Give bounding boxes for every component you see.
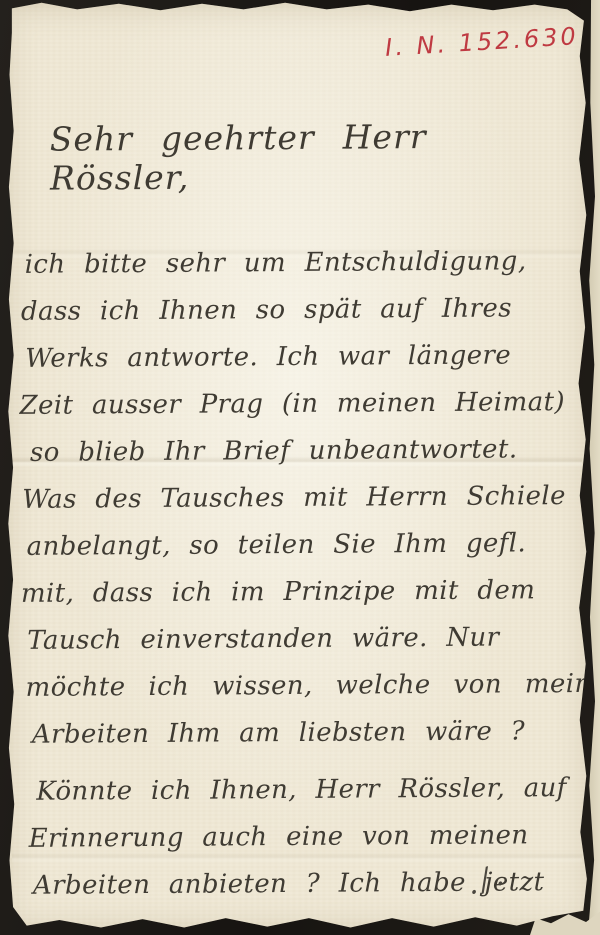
letter-line: dass ich Ihnen so spät auf Ihres: [21, 293, 579, 344]
letter-line: so blieb Ihr Brief unbeantwortet.: [30, 434, 580, 485]
letter-line: mit, dass ich im Prinzipe mit dem: [21, 575, 581, 626]
letter-line: Zeit ausser Prag (in meinen Heimat): [20, 387, 580, 438]
letter-lines: ich bitte sehr um Entschuldigung, dass i…: [0, 246, 583, 918]
letter-line: Werks antworte. Ich war längere: [25, 340, 579, 391]
letter-line: Arbeiten Ihm am liebsten wäre ?: [32, 716, 582, 767]
letter-paper-sheet: I. N. 152.630 Sehr geehrter Herr Rössler…: [0, 0, 594, 935]
letter-line: ich bitte sehr um Entschuldigung,: [25, 246, 579, 297]
salutation-line: Sehr geehrter Herr Rössler,: [50, 116, 579, 198]
letter-line: Könnte ich Ihnen, Herr Rössler, auf: [36, 773, 582, 824]
letter-body: Sehr geehrter Herr Rössler, ich bitte se…: [0, 0, 583, 918]
letter-line: anbelangt, so teilen Sie Ihm gefl.: [27, 528, 581, 579]
letter-line: Tausch einverstanden wäre. Nur: [27, 622, 581, 673]
scanned-letter-page: I. N. 152.630 Sehr geehrter Herr Rössler…: [0, 0, 600, 935]
letter-line: möchte ich wissen, welche von meinen: [25, 669, 581, 720]
letter-line: Was des Tausches mit Herrn Schiele: [22, 481, 580, 532]
second-sheet-edge: [586, 0, 600, 935]
